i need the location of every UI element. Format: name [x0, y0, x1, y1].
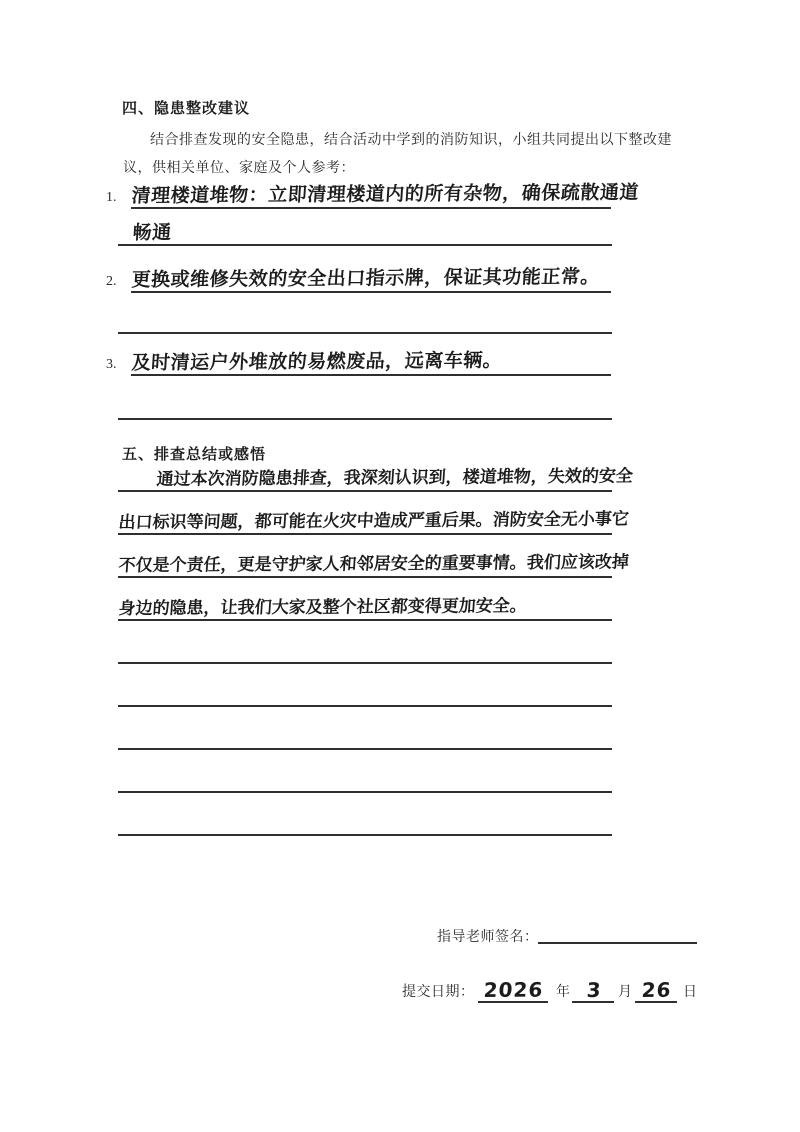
- blank-ruled-line: [118, 718, 612, 750]
- teacher-signature-label: 指导老师签名：: [437, 926, 539, 946]
- blank-ruled-line: [118, 302, 612, 334]
- month-label: 月: [618, 981, 633, 1001]
- handwritten-text: 出口标识等问题，都可能在火灾中造成严重后果。消防安全无小事它: [118, 511, 629, 532]
- item-number: 3.: [106, 357, 117, 373]
- item-number: 1.: [106, 190, 117, 206]
- blank-ruled-line: [118, 388, 612, 420]
- section4-intro-line1: 结合排查发现的安全隐患，结合活动中学到的消防知识，小组共同提出以下整改建: [150, 129, 672, 149]
- handwritten-text: 不仅是个责任，更是守护家人和邻居安全的重要事情。我们应该改掉: [118, 554, 629, 575]
- handwritten-text: 及时清运户外堆放的易燃废品，远离车辆。: [131, 351, 503, 373]
- ruled-line: 更换或维修失效的安全出口指示牌，保证其功能正常。: [131, 261, 611, 293]
- summary-line-3: 不仅是个责任，更是守护家人和邻居安全的重要事情。我们应该改掉: [118, 546, 612, 578]
- section4-intro-line2: 议，供相关单位、家庭及个人参考：: [123, 157, 355, 177]
- handwritten-text: 更换或维修失效的安全出口指示牌，保证其功能正常。: [131, 268, 600, 290]
- blank-ruled-line: [118, 804, 612, 836]
- ruled-line: 清理楼道堆物：立即清理楼道内的所有杂物，确保疏散通道: [131, 177, 611, 209]
- date-day-line: 26: [635, 975, 677, 1003]
- handwritten-text: 畅通: [118, 224, 172, 243]
- date-month-line: 3: [572, 975, 614, 1003]
- ruled-line: 畅通: [118, 214, 612, 246]
- section4-title: 四、隐患整改建议: [122, 97, 250, 118]
- year-label: 年: [556, 981, 571, 1001]
- blank-ruled-line: [118, 632, 612, 664]
- summary-line-2: 出口标识等问题，都可能在火灾中造成严重后果。消防安全无小事它: [118, 503, 612, 535]
- summary-line-1: 通过本次消防隐患排查，我深刻认识到，楼道堆物，失效的安全: [118, 460, 612, 492]
- date-day-value: 26: [641, 980, 672, 1000]
- blank-ruled-line: [118, 675, 612, 707]
- summary-line-4: 身边的隐患，让我们大家及整个社区都变得更加安全。: [118, 589, 612, 621]
- blank-ruled-line: [118, 761, 612, 793]
- ruled-line: 及时清运户外堆放的易燃废品，远离车辆。: [131, 344, 611, 376]
- handwritten-text: 身边的隐患，让我们大家及整个社区都变得更加安全。: [118, 598, 527, 618]
- date-year-value: 2026: [483, 980, 544, 1000]
- teacher-signature-line: [538, 920, 697, 944]
- date-year-line: 2026: [478, 975, 548, 1003]
- date-month-value: 3: [586, 980, 602, 1000]
- item-number: 2.: [106, 274, 117, 290]
- handwritten-text: 清理楼道堆物：立即清理楼道内的所有杂物，确保疏散通道: [131, 183, 639, 206]
- handwritten-text: 通过本次消防隐患排查，我深刻认识到，楼道堆物，失效的安全: [118, 468, 633, 489]
- form-page: 四、隐患整改建议 结合排查发现的安全隐患，结合活动中学到的消防知识，小组共同提出…: [0, 0, 800, 1132]
- day-label: 日: [683, 981, 698, 1001]
- submit-date-label: 提交日期：: [402, 981, 475, 1001]
